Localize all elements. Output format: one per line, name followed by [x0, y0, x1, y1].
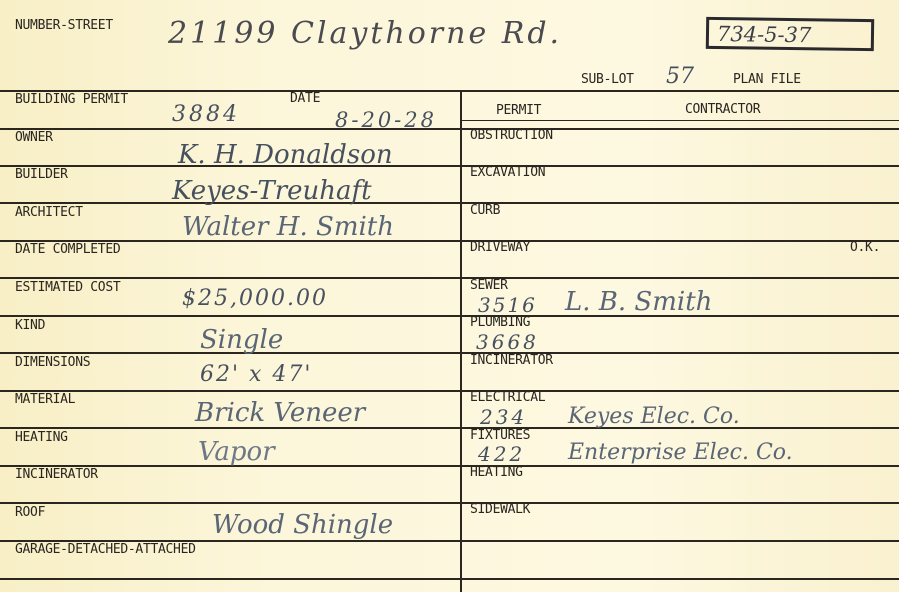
- driveway-note: O.K.: [850, 241, 880, 255]
- field-value-kind: Single: [200, 325, 283, 355]
- right-label-heating: HEATING: [470, 466, 523, 480]
- sublot-label: SUB-LOT: [581, 73, 634, 87]
- right-label-excavation: EXCAVATION: [470, 166, 545, 180]
- building-permit-value: 3884: [172, 102, 240, 127]
- field-label-material: MATERIAL: [15, 393, 75, 407]
- field-label-kind: KIND: [15, 319, 45, 333]
- field-value-builder: Keyes-Treuhaft: [172, 176, 372, 206]
- field-value-owner: K. H. Donaldson: [178, 140, 393, 170]
- right-label-obstruction: OBSTRUCTION: [470, 129, 553, 143]
- electrical-permit: 234: [480, 405, 527, 429]
- field-label-dimensions: DIMENSIONS: [15, 356, 90, 370]
- plan-file-label: PLAN FILE: [733, 73, 801, 87]
- right-label-incinerator: INCINERATOR: [470, 354, 553, 368]
- field-value-architect: Walter H. Smith: [182, 212, 394, 242]
- sewer-contractor: L. B. Smith: [565, 287, 712, 317]
- right-label-electrical: ELECTRICAL: [470, 391, 545, 405]
- field-label-owner: OWNER: [15, 131, 53, 145]
- sewer-permit: 3516: [478, 293, 537, 317]
- field-label-roof: ROOF: [15, 506, 45, 520]
- field-value-material: Brick Veneer: [195, 398, 365, 428]
- field-label-date-completed: DATE COMPLETED: [15, 243, 120, 257]
- field-label-builder: BUILDER: [15, 168, 68, 182]
- date-label: DATE: [290, 92, 320, 106]
- right-label-fixtures: FIXTURES: [470, 429, 530, 443]
- right-label-sidewalk: SIDEWALK: [470, 503, 530, 517]
- electrical-contractor: Keyes Elec. Co.: [568, 404, 740, 429]
- field-value-heating: Vapor: [198, 437, 275, 467]
- fixtures-contractor: Enterprise Elec. Co.: [568, 440, 793, 465]
- field-label-architect: ARCHITECT: [15, 206, 83, 220]
- right-label-driveway: DRIVEWAY: [470, 241, 530, 255]
- building-permit-label: BUILDING PERMIT: [15, 93, 128, 107]
- permit-card: NUMBER-STREET 21199 Claythorne Rd. 734-5…: [0, 0, 899, 592]
- field-label-estimated-cost: ESTIMATED COST: [15, 281, 120, 295]
- address-value: 21199 Claythorne Rd.: [168, 16, 562, 51]
- sublot-value: 57: [666, 64, 694, 89]
- field-label-heating: HEATING: [15, 431, 68, 445]
- field-label-garage: GARAGE-DETACHED-ATTACHED: [15, 543, 196, 557]
- date-value: 8-20-28: [335, 108, 437, 132]
- file-number: 734-5-37: [717, 22, 812, 47]
- file-number-box: 734-5-37: [706, 17, 874, 51]
- right-label-sewer: SEWER: [470, 279, 508, 293]
- permit-header: PERMIT: [496, 104, 541, 118]
- field-label-incinerator: INCINERATOR: [15, 468, 98, 482]
- fixtures-permit: 422: [478, 442, 525, 466]
- plumbing-permit: 3668: [476, 330, 539, 354]
- contractor-header: CONTRACTOR: [685, 103, 760, 117]
- field-value-dimensions: 62' x 47': [200, 362, 312, 387]
- field-value-estimated-cost: $25,000.00: [182, 286, 328, 311]
- right-label-plumbing: PLUMBING: [470, 316, 530, 330]
- field-value-roof: Wood Shingle: [212, 510, 393, 540]
- number-street-label: NUMBER-STREET: [15, 19, 113, 33]
- right-label-curb: CURB: [470, 204, 500, 218]
